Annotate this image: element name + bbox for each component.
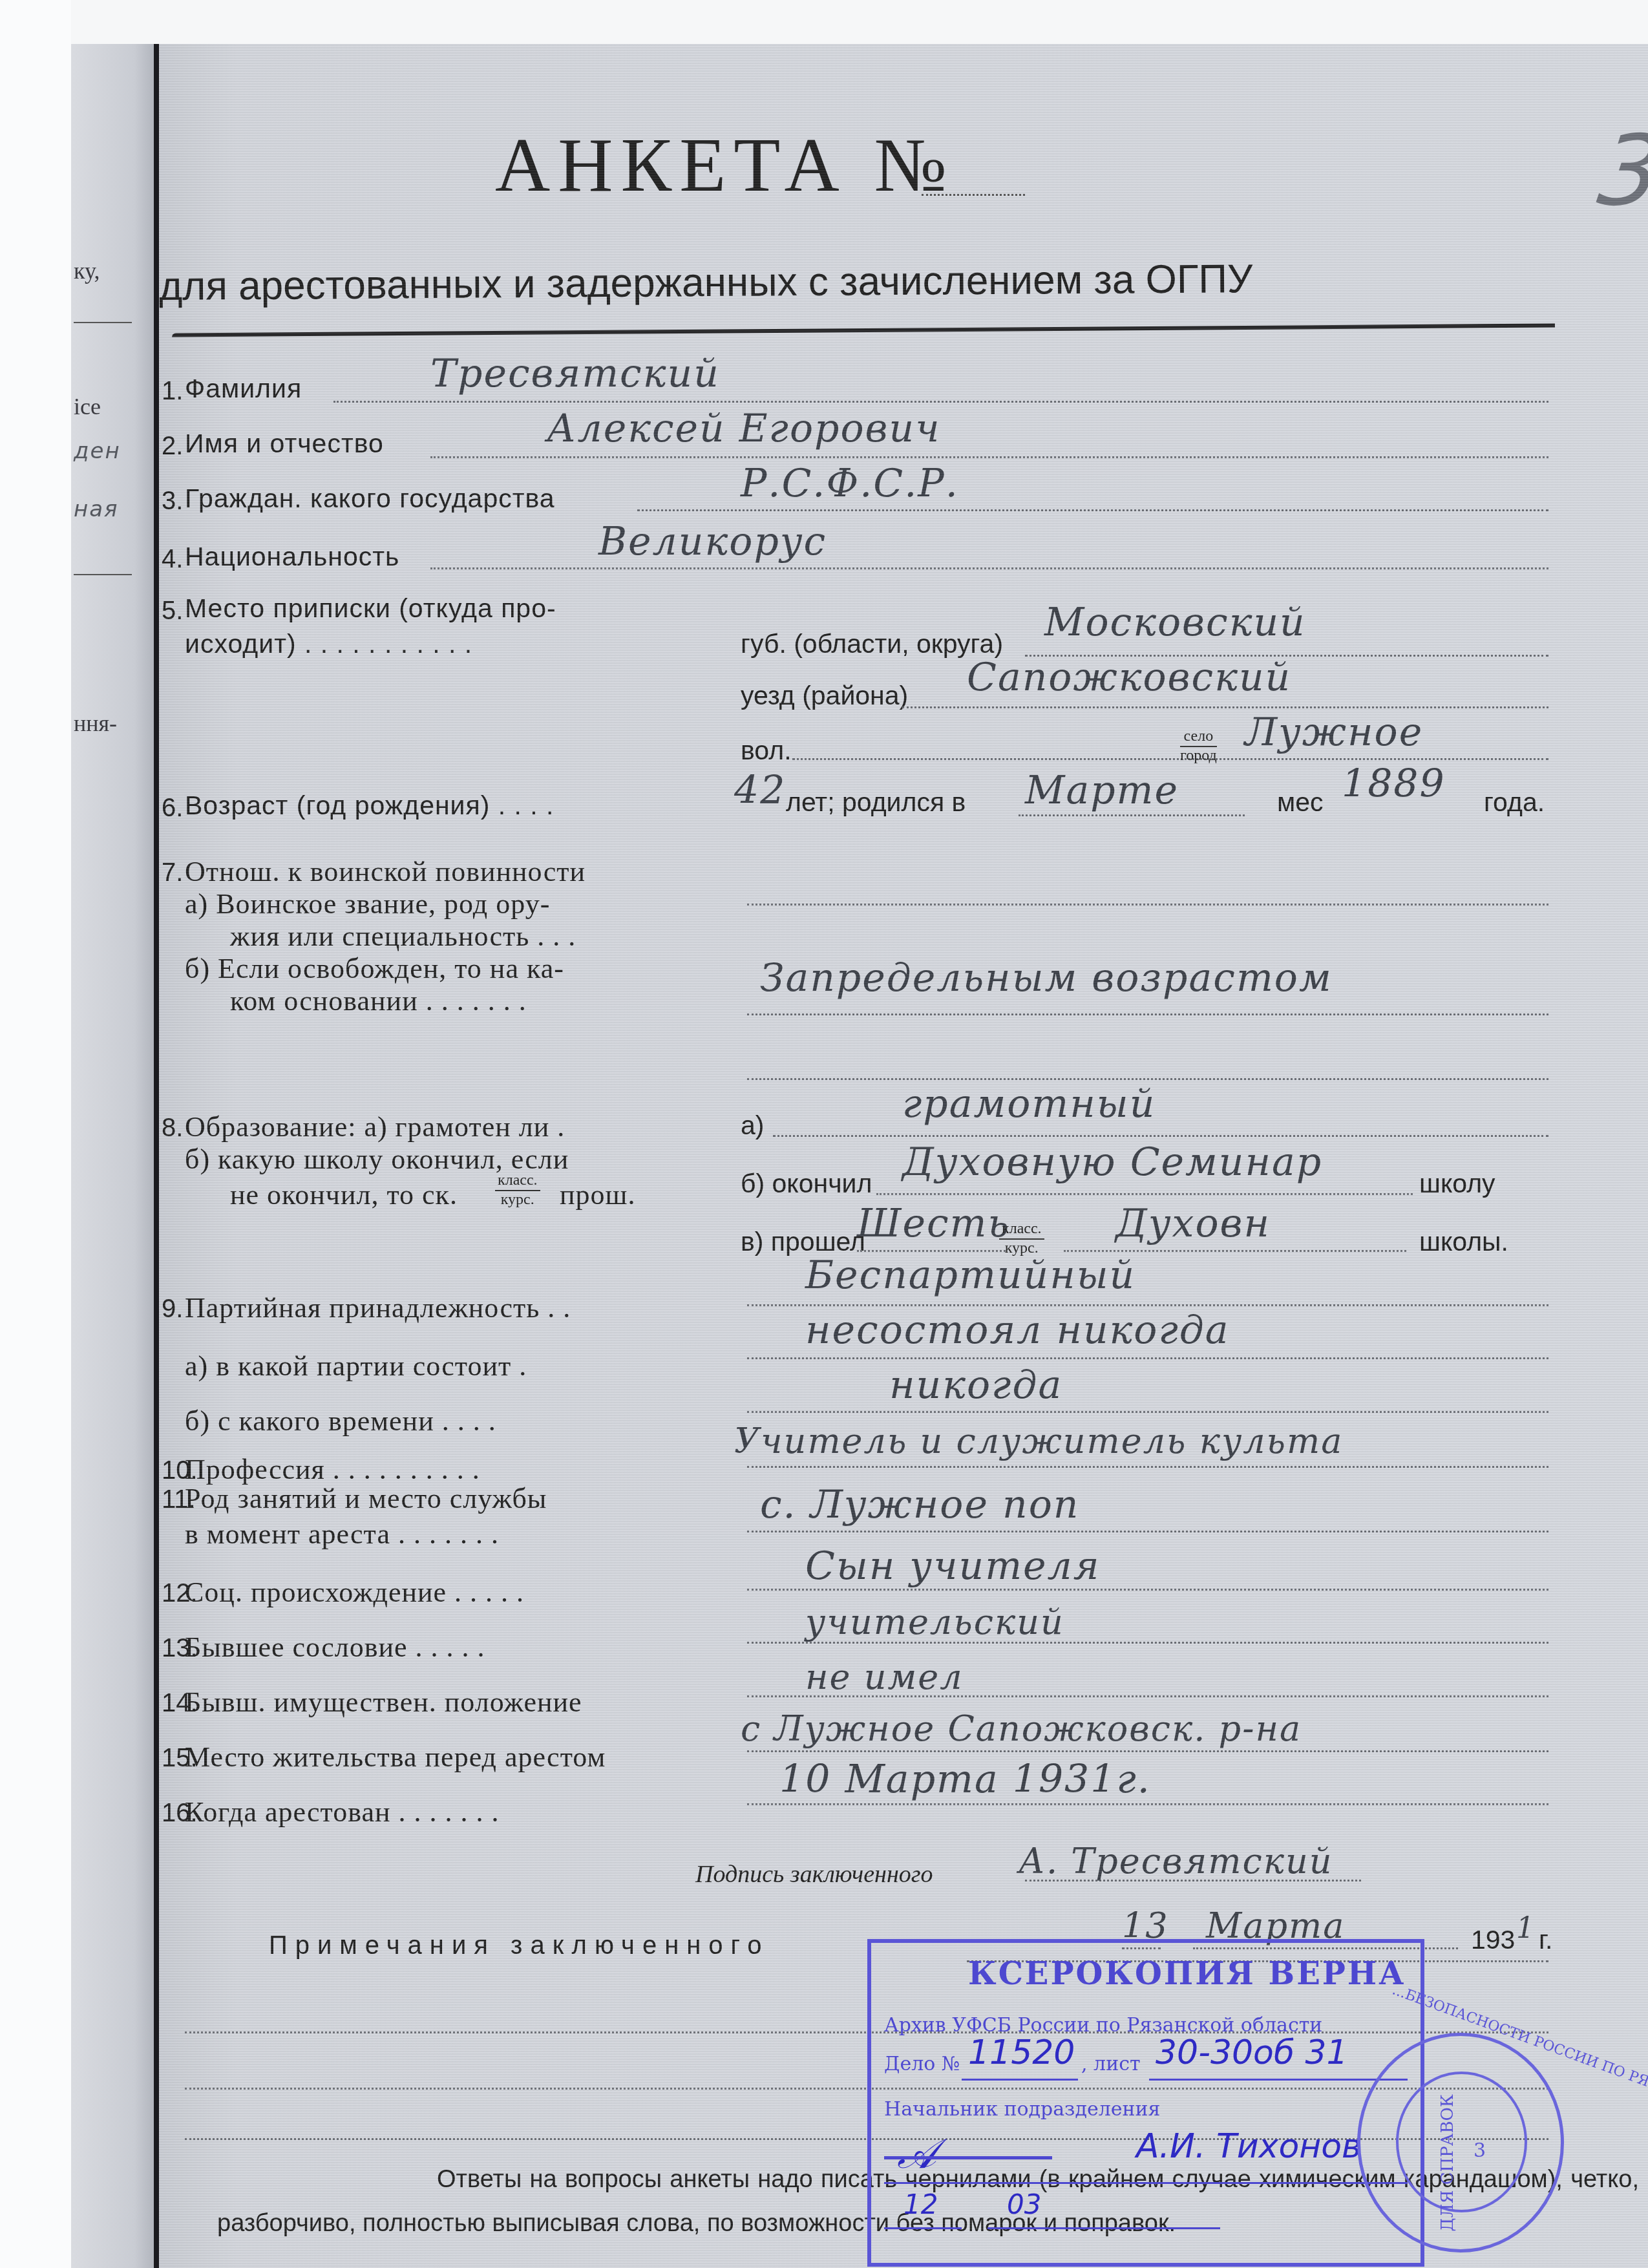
class-course-fraction: класс.курс. <box>495 1172 540 1209</box>
stamp-date-month: 03 <box>1007 2189 1041 2220</box>
school-prefix: б) окончил <box>741 1169 872 1199</box>
question-label-party-a: а) в какой партии состоит . <box>185 1350 527 1383</box>
answer-line <box>637 509 1548 511</box>
signature-label: Подпись заключенного <box>695 1860 933 1889</box>
question-number: 2. <box>162 432 183 461</box>
stamp-case-line <box>962 2079 1078 2081</box>
signature-year-suffix: г. <box>1539 1925 1552 1955</box>
answer-passed-school: Духовн <box>1115 1201 1271 1246</box>
answer-line <box>902 706 1548 708</box>
answer-line <box>1064 1250 1406 1252</box>
question-label-arrest-date: Когда арестован . . . . . . . <box>185 1796 500 1828</box>
stamp-head-label: Начальник подразделения <box>884 2098 1160 2121</box>
question-label-origin-cont: исходит) . . . . . . . . . . . <box>185 629 472 659</box>
stamp-date-day-line <box>884 2227 962 2229</box>
answer-line <box>747 1013 1548 1015</box>
answer-literacy: грамотный <box>902 1081 1156 1127</box>
answer-arrest-date: 10 Марта 1931г. <box>779 1757 1151 1802</box>
official-round-seal: ...БЕЗОПАСНОСТИ РОССИИ ПО РЯЗАНСКОЙ ОБЛА… <box>1357 2033 1564 2252</box>
answer-line <box>747 1304 1548 1306</box>
selo-gorod-fraction: селогород <box>1180 728 1217 765</box>
seal-inner-ring <box>1396 2072 1527 2212</box>
folio-number: 31 <box>1592 115 1648 228</box>
question-label-occupation: Род занятий и место службы <box>185 1482 547 1515</box>
question-label-age: Возраст (год рождения) . . . . <box>185 790 555 821</box>
stamp-sheet-label: , лист <box>1081 2053 1141 2075</box>
form-number-blank <box>922 194 1025 196</box>
answer-village: Лужное <box>1245 710 1423 755</box>
form-title: АНКЕТА № <box>495 122 955 209</box>
answer-name: Алексей Егорович <box>547 406 940 451</box>
answer-line <box>747 1803 1548 1805</box>
answer-occupation: с. Лужное поп <box>760 1482 1079 1527</box>
margin-handwriting: ная <box>74 496 119 522</box>
stamp-signature-mark: 𝒜 <box>897 2130 936 2178</box>
question-label-military: Отнош. к воинской повинности <box>185 855 586 888</box>
certified-copy-stamp: КСЕРОКОПИЯ ВЕРНА Архив УФСБ России по Ря… <box>867 1939 1424 2267</box>
answer-military-exemption: Запредельным возрастом <box>760 955 1333 1001</box>
answer-line <box>747 1531 1548 1532</box>
month-suffix: мес <box>1277 787 1324 818</box>
stamp-signer: А.И. Тихонов <box>1136 2127 1362 2166</box>
answer-uezd: Сапожковский <box>967 655 1291 700</box>
school-suffix: школу <box>1419 1169 1495 1199</box>
question-label-military-a2: жия или специальность . . . <box>230 920 576 953</box>
previous-page-edge: ку, ice ден ная ння- <box>71 44 162 2268</box>
answer-line <box>1019 814 1245 816</box>
question-label-party: Партийная принадлежность . . <box>185 1291 571 1324</box>
answer-line <box>792 758 1548 760</box>
answer-party: Беспартийный <box>805 1253 1136 1298</box>
question-number: 4. <box>162 545 183 574</box>
question-label-military-a: а) Воинское звание, род ору- <box>185 887 550 920</box>
question-label-social-origin: Соц. происхождение . . . . . <box>185 1576 524 1609</box>
stamp-date-month-line <box>988 2227 1220 2229</box>
answer-passed-classes: Шесть <box>857 1201 1010 1246</box>
answer-estate: учительский <box>805 1602 1064 1642</box>
answer-line <box>747 1750 1548 1752</box>
question-label-occupation-cont: в момент ареста . . . . . . . <box>185 1518 499 1551</box>
binding-line <box>154 44 159 2268</box>
question-number: 5. <box>162 597 183 626</box>
answer-surname: Тресвятский <box>430 351 720 396</box>
stamp-sheet-line <box>1149 2079 1408 2081</box>
scan-margin <box>0 0 71 2268</box>
margin-handwriting: ден <box>74 438 121 464</box>
margin-fragment: ння- <box>74 710 117 737</box>
question-number: 1. <box>162 377 183 406</box>
answer-nationality: Великорус <box>598 519 827 564</box>
question-label-citizenship: Граждан. какого государства <box>185 483 555 514</box>
answer-residence: с Лужное Сапожковск. р-на <box>741 1708 1302 1749</box>
question-number: 3. <box>162 487 183 516</box>
question-label-origin: Место приписки (откуда про- <box>185 593 556 624</box>
answer-line <box>773 1135 1548 1137</box>
answer-line <box>747 904 1548 906</box>
question-label-name: Имя и отчество <box>185 429 384 459</box>
answer-school: Духовную Семинар <box>902 1139 1322 1185</box>
question-number: 7. <box>162 858 183 887</box>
signature-year-digit: 1 <box>1516 1912 1536 1945</box>
question-label-estate: Бывшее сословие . . . . . <box>185 1631 485 1664</box>
stamp-sheet-value: 30-30об 31 <box>1156 2033 1348 2072</box>
stamp-case-number: 11520 <box>968 2033 1075 2072</box>
stamp-date-day: 12 <box>903 2189 938 2220</box>
answer-line <box>747 1466 1548 1468</box>
header-rule <box>172 324 1555 337</box>
answer-age: 42 <box>734 768 786 813</box>
answer-party-which: несостоял никогда <box>805 1308 1230 1353</box>
answer-line <box>876 1193 1413 1195</box>
seal-number: 3 <box>1474 2139 1486 2162</box>
answer-line <box>333 401 1548 403</box>
question-label-profession: Профессия . . . . . . . . . . <box>185 1453 480 1486</box>
answer-line <box>857 1250 1006 1252</box>
margin-fragment: ку, <box>74 257 100 284</box>
question-label-education: Образование: а) грамотен ли . <box>185 1110 565 1143</box>
question-label-education-b: б) какую школу окончил, если <box>185 1143 569 1176</box>
question-label-surname: Фамилия <box>185 374 302 404</box>
margin-fragment: ice <box>74 393 101 420</box>
answer-birth-year: 1889 <box>1342 761 1446 807</box>
answer-citizenship: Р.С.Ф.С.Р. <box>741 461 959 506</box>
uezd-label: уезд (района) <box>741 681 908 711</box>
signature-year-prefix: 193 <box>1471 1925 1515 1955</box>
question-label-property: Бывш. имуществен. положение <box>185 1686 582 1719</box>
prisoner-signature: А. Тресвятский <box>1019 1841 1333 1881</box>
gub-label: губ. (области, округа) <box>741 629 1003 659</box>
stamp-title: КСЕРОКОПИЯ ВЕРНА <box>968 1956 1406 1992</box>
literacy-prefix: а) <box>741 1110 764 1141</box>
stamp-signature-stroke <box>884 2156 1052 2159</box>
stamp-signature-line <box>884 2182 1408 2184</box>
question-label-party-since: б) с какого времени . . . . <box>185 1404 496 1437</box>
question-number: 6. <box>162 794 183 823</box>
question-number: 9. <box>162 1295 183 1324</box>
answer-line <box>747 1589 1548 1591</box>
question-number: 8. <box>162 1114 183 1143</box>
answer-line <box>430 567 1548 569</box>
question-label-nationality: Национальность <box>185 542 399 572</box>
margin-rule <box>74 322 132 323</box>
question-label-education-c: не окончил, то ск. <box>230 1178 458 1211</box>
answer-social-origin: Сын учителя <box>805 1543 1100 1589</box>
stamp-case-label: Дело № <box>884 2053 960 2075</box>
seal-center-text: ДЛЯ СПРАВОК <box>1438 2094 1457 2231</box>
margin-rule <box>74 574 132 575</box>
question-label-military-b: б) Если освобожден, то на ка- <box>185 952 564 985</box>
answer-line <box>430 456 1548 458</box>
question-label-education-c-suffix: прош. <box>560 1178 635 1211</box>
question-label-residence: Место жительства перед арестом <box>185 1741 606 1774</box>
age-suffix: лет; родился в <box>786 787 966 818</box>
remarks-label: Примечания заключенного <box>269 1931 770 1960</box>
questionnaire-sheet: АНКЕТА № 31 для арестованных и задержанн… <box>159 44 1648 2268</box>
answer-birth-month: Марте <box>1025 768 1179 813</box>
class-course-fraction-answer: класс.курс. <box>999 1220 1044 1257</box>
vol-label: вол. <box>741 736 792 766</box>
form-subtitle: для арестованных и задержанных с зачисле… <box>159 256 1253 310</box>
answer-gub: Московский <box>1044 600 1306 645</box>
answer-line <box>747 1078 1548 1080</box>
answer-line <box>747 1357 1548 1359</box>
year-suffix: года. <box>1484 787 1545 818</box>
passed-suffix: школы. <box>1419 1227 1508 1257</box>
question-label-military-b2: ком основании . . . . . . . <box>230 984 527 1017</box>
answer-party-since: никогда <box>889 1362 1062 1408</box>
answer-profession: Учитель и служитель культа <box>734 1421 1343 1461</box>
answer-line <box>747 1411 1548 1413</box>
answer-property: не имел <box>805 1657 964 1697</box>
